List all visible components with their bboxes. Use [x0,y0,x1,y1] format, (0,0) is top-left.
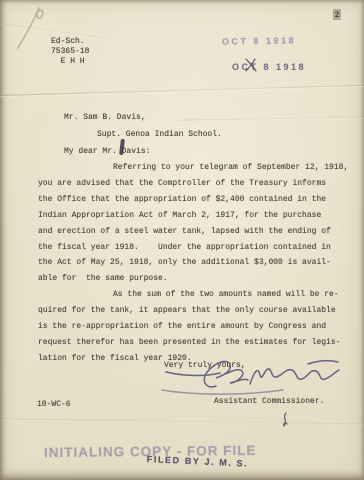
pen-flick-mark [277,411,291,429]
body-lines: Referring to your telegram of September … [38,160,338,367]
paper-crease [0,418,364,424]
pencil-mark [12,4,56,52]
body-line: able for the same purpose. [38,271,338,287]
file-code-line-2: 75365-18 [51,47,89,57]
signer-title: Assistant Commissioner. [214,397,324,407]
file-code-line-1: Ed-Sch. [51,37,85,47]
body-line: Indian Appropriation Act of March 2, 191… [38,208,338,224]
body-line: As the sum of the two amounts named will… [38,287,338,303]
file-code-initials: E H H [51,57,85,67]
recipient-title: Supt. Genoa Indian School. [97,130,222,140]
body-line: the fiscal year 1918. Under the appropri… [38,240,338,256]
body-line: request therefor has been presented in t… [38,335,338,351]
body-line: the Act of May 25, 1918, only the additi… [38,255,338,271]
body-line: Referring to your telegram of September … [38,160,338,176]
body-line: you are advised that the Comptroller of … [38,176,338,192]
signature-e-b-meritt [158,350,343,400]
date-received-stamp: OCT 8 1918 [222,35,296,46]
letter-page: 2 Ed-Sch. 75365-18 E H H OCT 8 1918 OCT … [0,0,364,480]
paper-crease [0,84,364,96]
recipient-name: Mr. Sam B. Davis, [64,113,146,123]
body-line: and erection of a steel water tank, laps… [38,224,338,240]
body-line: the Office that the appropriation of $2,… [38,192,338,208]
salutation: My dear Mr. Davis: [64,147,150,157]
file-reference: 10-WC-6 [37,400,71,410]
body-line: is the re-appropriation of the entire am… [38,319,338,335]
page-number: 2 [333,9,341,20]
body-line: quired for the tank, it appears that the… [38,303,338,319]
pen-check-mark [243,56,259,74]
paper-crease [180,116,364,120]
